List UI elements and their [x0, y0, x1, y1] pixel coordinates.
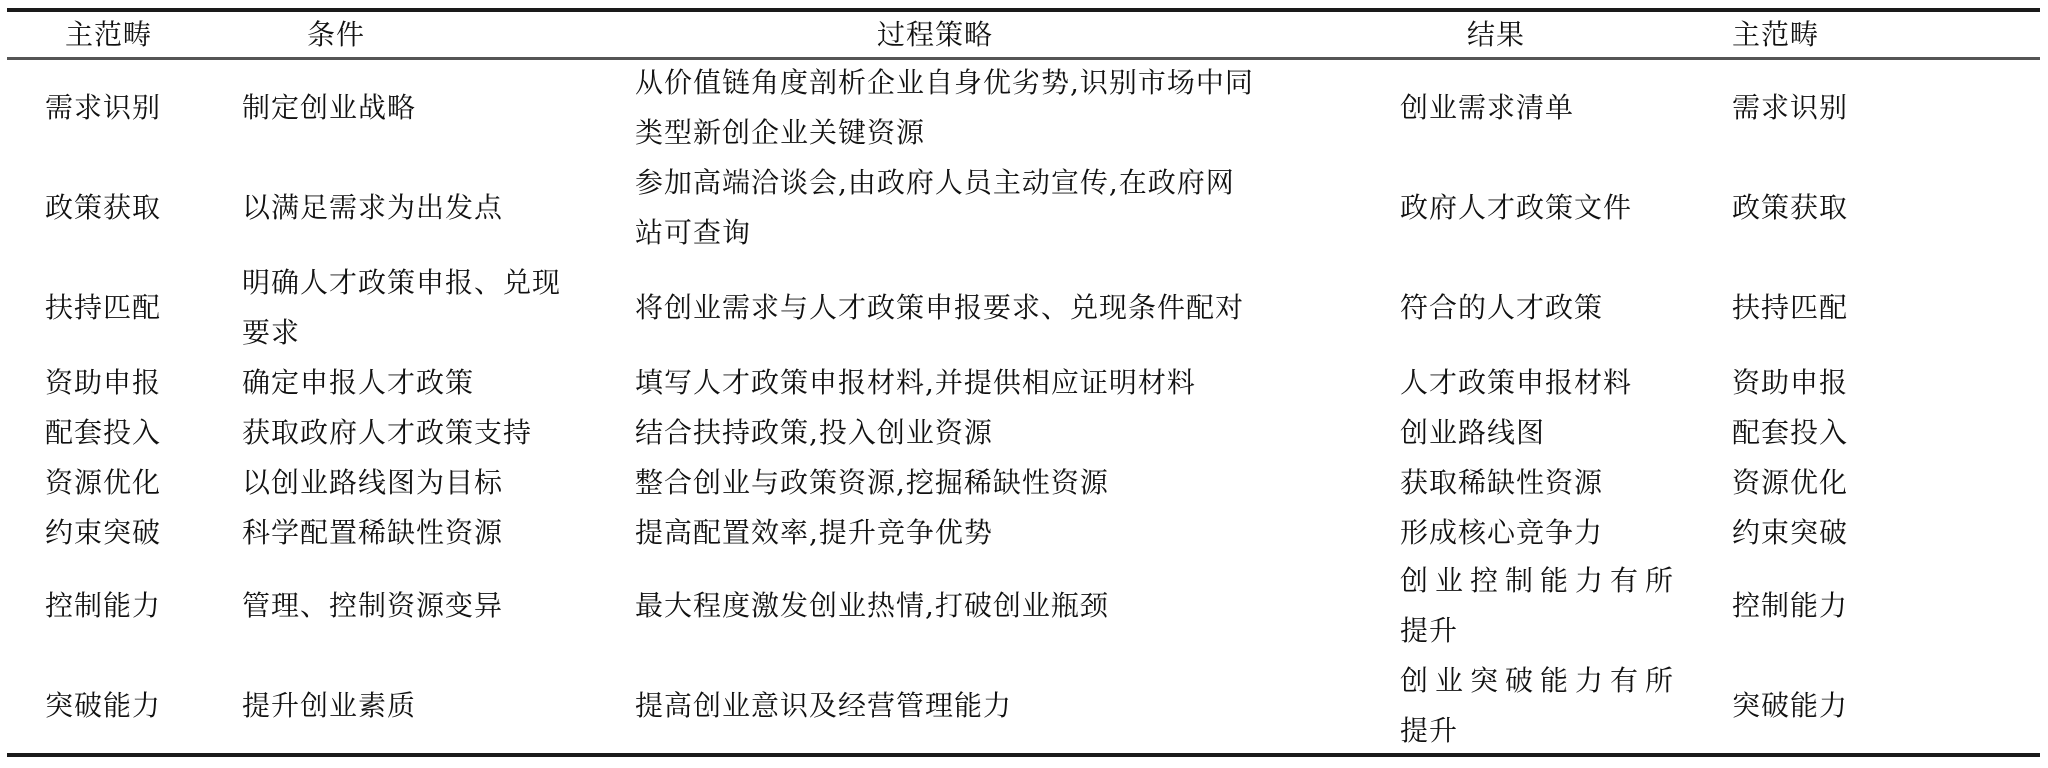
cell-category: 约束突破: [45, 508, 195, 558]
cell-result: 人才政策申报材料: [1400, 358, 1700, 408]
cell-process-line-2: 类型新创企业关键资源: [635, 108, 1375, 158]
cell-process: 将创业需求与人才政策申报要求、兑现条件配对: [635, 283, 1375, 333]
cell-process: 提高配置效率,提升竞争优势: [635, 508, 1375, 558]
table-row: 扶持匹配 明确人才政策申报、兑现 要求 将创业需求与人才政策申报要求、兑现条件配…: [7, 258, 2040, 358]
cell-category: 资源优化: [45, 458, 195, 508]
cell-result-line-1: 创业突破能力有所: [1400, 656, 1700, 706]
cell-result: 创业路线图: [1400, 408, 1700, 458]
header-main-category-repeat: 主范畴: [1732, 12, 1952, 57]
table-row: 控制能力 管理、控制资源变异 最大程度激发创业热情,打破创业瓶颈 创业控制能力有…: [7, 556, 2040, 656]
cell-category-repeat: 控制能力: [1732, 581, 1952, 631]
table-row: 需求识别 制定创业战略 从价值链角度剖析企业自身优劣势,识别市场中同 类型新创企…: [7, 58, 2040, 158]
cell-category: 需求识别: [45, 83, 195, 133]
cell-category: 配套投入: [45, 408, 195, 458]
cell-category: 突破能力: [45, 681, 195, 731]
header-result: 结果: [1467, 12, 1767, 57]
cell-category-repeat: 资助申报: [1732, 358, 1952, 408]
cell-process: 结合扶持政策,投入创业资源: [635, 408, 1375, 458]
cell-result: 符合的人才政策: [1400, 283, 1700, 333]
cell-result-line-2: 提升: [1400, 606, 1700, 656]
cell-condition: 管理、控制资源变异: [242, 581, 612, 631]
cell-process: 最大程度激发创业热情,打破创业瓶颈: [635, 581, 1375, 631]
cell-process: 整合创业与政策资源,挖掘稀缺性资源: [635, 458, 1375, 508]
cell-category: 政策获取: [45, 183, 195, 233]
table-row: 资源优化 以创业路线图为目标 整合创业与政策资源,挖掘稀缺性资源 获取稀缺性资源…: [7, 458, 2040, 508]
cell-category-repeat: 资源优化: [1732, 458, 1952, 508]
table-row: 突破能力 提升创业素质 提高创业意识及经营管理能力 创业突破能力有所 提升 突破…: [7, 656, 2040, 756]
cell-category: 控制能力: [45, 581, 195, 631]
cell-condition: 制定创业战略: [242, 83, 612, 133]
cell-category-repeat: 扶持匹配: [1732, 283, 1952, 333]
cell-result: 获取稀缺性资源: [1400, 458, 1700, 508]
cell-category-repeat: 需求识别: [1732, 83, 1952, 133]
cell-result: 创业需求清单: [1400, 83, 1700, 133]
cell-condition-line-1: 明确人才政策申报、兑现: [242, 258, 612, 308]
cell-category-repeat: 突破能力: [1732, 681, 1952, 731]
cell-result: 政府人才政策文件: [1400, 183, 1700, 233]
cell-condition: 获取政府人才政策支持: [242, 408, 612, 458]
header-main-category: 主范畴: [65, 12, 215, 57]
cell-category: 资助申报: [45, 358, 195, 408]
cell-condition: 以满足需求为出发点: [242, 183, 612, 233]
cell-process: 填写人才政策申报材料,并提供相应证明材料: [635, 358, 1375, 408]
cell-process-line-2: 站可查询: [635, 208, 1375, 258]
cell-condition-line-2: 要求: [242, 308, 612, 358]
cell-result-line-1: 创业控制能力有所: [1400, 556, 1700, 606]
table-row: 约束突破 科学配置稀缺性资源 提高配置效率,提升竞争优势 形成核心竞争力 约束突…: [7, 508, 2040, 558]
cell-result-line-2: 提升: [1400, 706, 1700, 756]
table-row: 资助申报 确定申报人才政策 填写人才政策申报材料,并提供相应证明材料 人才政策申…: [7, 358, 2040, 408]
header-condition: 条件: [307, 12, 677, 57]
cell-condition: 以创业路线图为目标: [242, 458, 612, 508]
cell-category-repeat: 政策获取: [1732, 183, 1952, 233]
cell-condition: 提升创业素质: [242, 681, 612, 731]
cell-category-repeat: 配套投入: [1732, 408, 1952, 458]
cell-condition: 确定申报人才政策: [242, 358, 612, 408]
cell-process-line-1: 从价值链角度剖析企业自身优劣势,识别市场中同: [635, 58, 1375, 108]
cell-result: 形成核心竞争力: [1400, 508, 1700, 558]
cell-process: 提高创业意识及经营管理能力: [635, 681, 1375, 731]
cell-category-repeat: 约束突破: [1732, 508, 1952, 558]
cell-condition: 科学配置稀缺性资源: [242, 508, 612, 558]
table-row: 配套投入 获取政府人才政策支持 结合扶持政策,投入创业资源 创业路线图 配套投入: [7, 408, 2040, 458]
cell-category: 扶持匹配: [45, 283, 195, 333]
cell-process-line-1: 参加高端洽谈会,由政府人员主动宣传,在政府网: [635, 158, 1375, 208]
table-row: 政策获取 以满足需求为出发点 参加高端洽谈会,由政府人员主动宣传,在政府网 站可…: [7, 158, 2040, 258]
